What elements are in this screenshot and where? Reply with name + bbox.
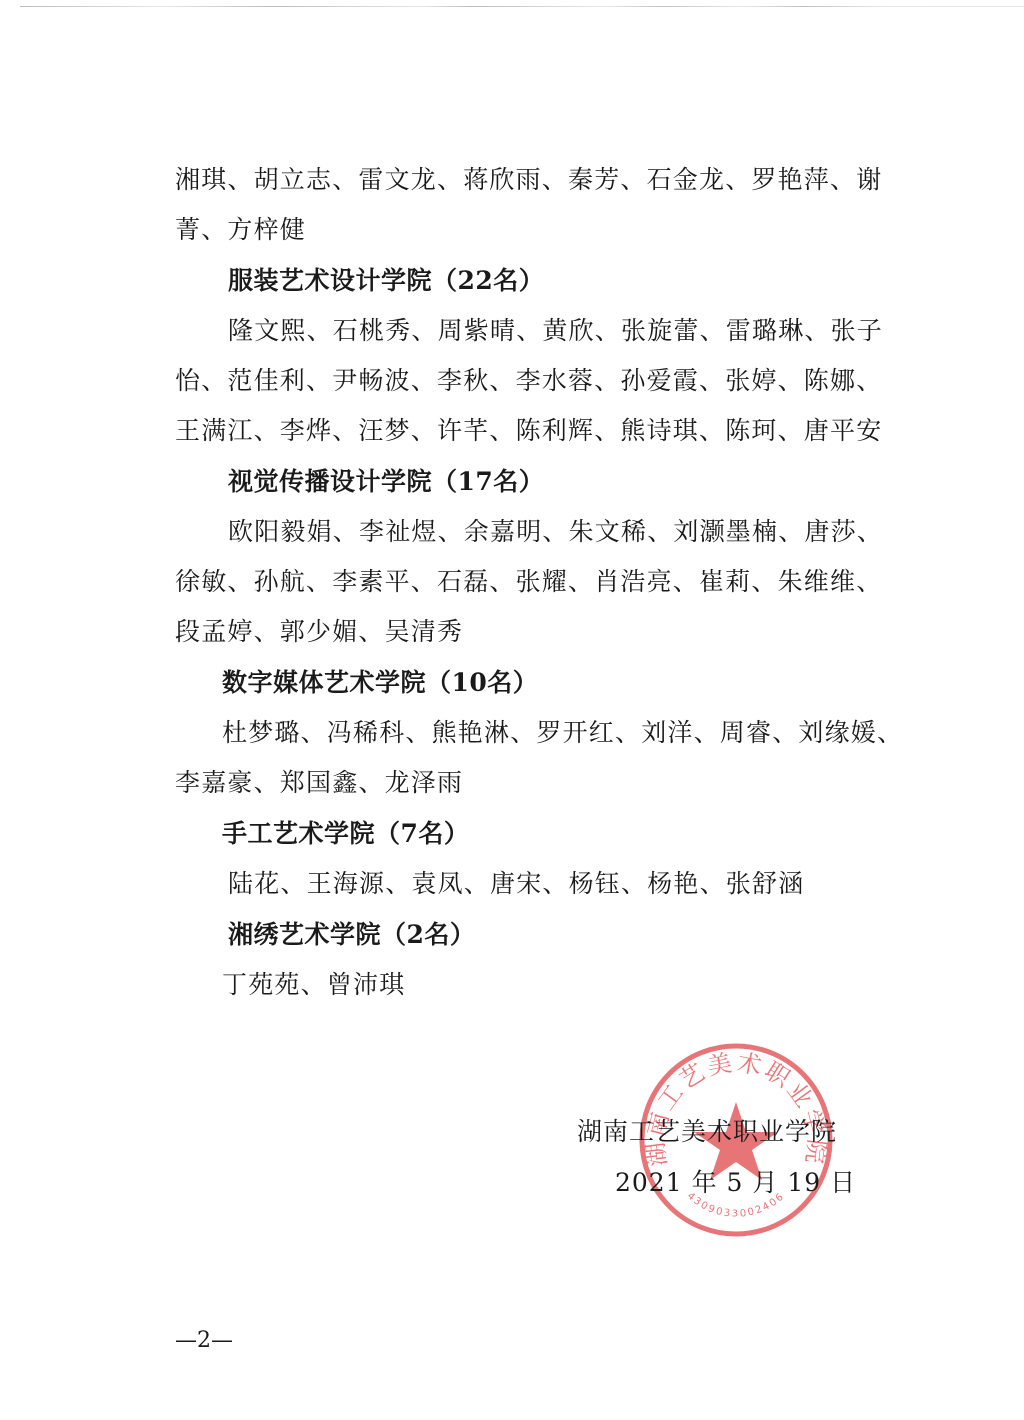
section-fashion-line-3: 王满江、李烨、汪梦、许芊、陈利辉、熊诗琪、陈珂、唐平安: [175, 416, 882, 446]
section-heading-fashion: 服装艺术设计学院（22名）: [228, 266, 544, 296]
page-number: —2—: [175, 1328, 233, 1354]
section-digital-line-2: 李嘉豪、郑国鑫、龙泽雨: [175, 768, 463, 798]
section-handcraft-line-1: 陆花、王海源、袁凤、唐宋、杨钰、杨艳、张舒涵: [228, 869, 804, 899]
signature-institution: 湖南工艺美术职业学院: [577, 1117, 837, 1147]
continuation-line-2: 菁、方梓健: [175, 215, 306, 245]
section-fashion-line-2: 怡、范佳利、尹畅波、李秋、李水蓉、孙爱霞、张婷、陈娜、: [175, 366, 882, 396]
section-heading-handcraft: 手工艺术学院（7名）: [222, 819, 469, 849]
section-heading-digital-media: 数字媒体艺术学院（10名）: [222, 668, 538, 698]
section-heading-visual: 视觉传播设计学院（17名）: [228, 467, 544, 497]
section-visual-line-1: 欧阳毅娟、李祉煜、余嘉明、朱文稀、刘灏墨楠、唐莎、: [228, 517, 883, 547]
section-digital-line-1: 杜梦璐、冯稀科、熊艳淋、罗开红、刘洋、周睿、刘缘媛、: [222, 718, 903, 748]
signature-date: 2021 年 5 月 19 日: [615, 1168, 856, 1198]
section-heading-xiang-embroidery: 湘绣艺术学院（2名）: [228, 920, 475, 950]
section-embroidery-line-1: 丁苑苑、曾沛琪: [222, 970, 405, 1000]
section-fashion-line-1: 隆文熙、石桃秀、周紫晴、黄欣、张旋蕾、雷璐琳、张子: [228, 316, 883, 346]
document-page: 湘琪、胡立志、雷文龙、蒋欣雨、秦芳、石金龙、罗艳萍、谢 菁、方梓健 服装艺术设计…: [0, 0, 1024, 1420]
section-visual-line-3: 段孟婷、郭少媚、吴清秀: [175, 617, 463, 647]
continuation-line-1: 湘琪、胡立志、雷文龙、蒋欣雨、秦芳、石金龙、罗艳萍、谢: [175, 165, 882, 195]
section-visual-line-2: 徐敏、孙航、李素平、石磊、张耀、肖浩亮、崔莉、朱维维、: [175, 567, 882, 597]
